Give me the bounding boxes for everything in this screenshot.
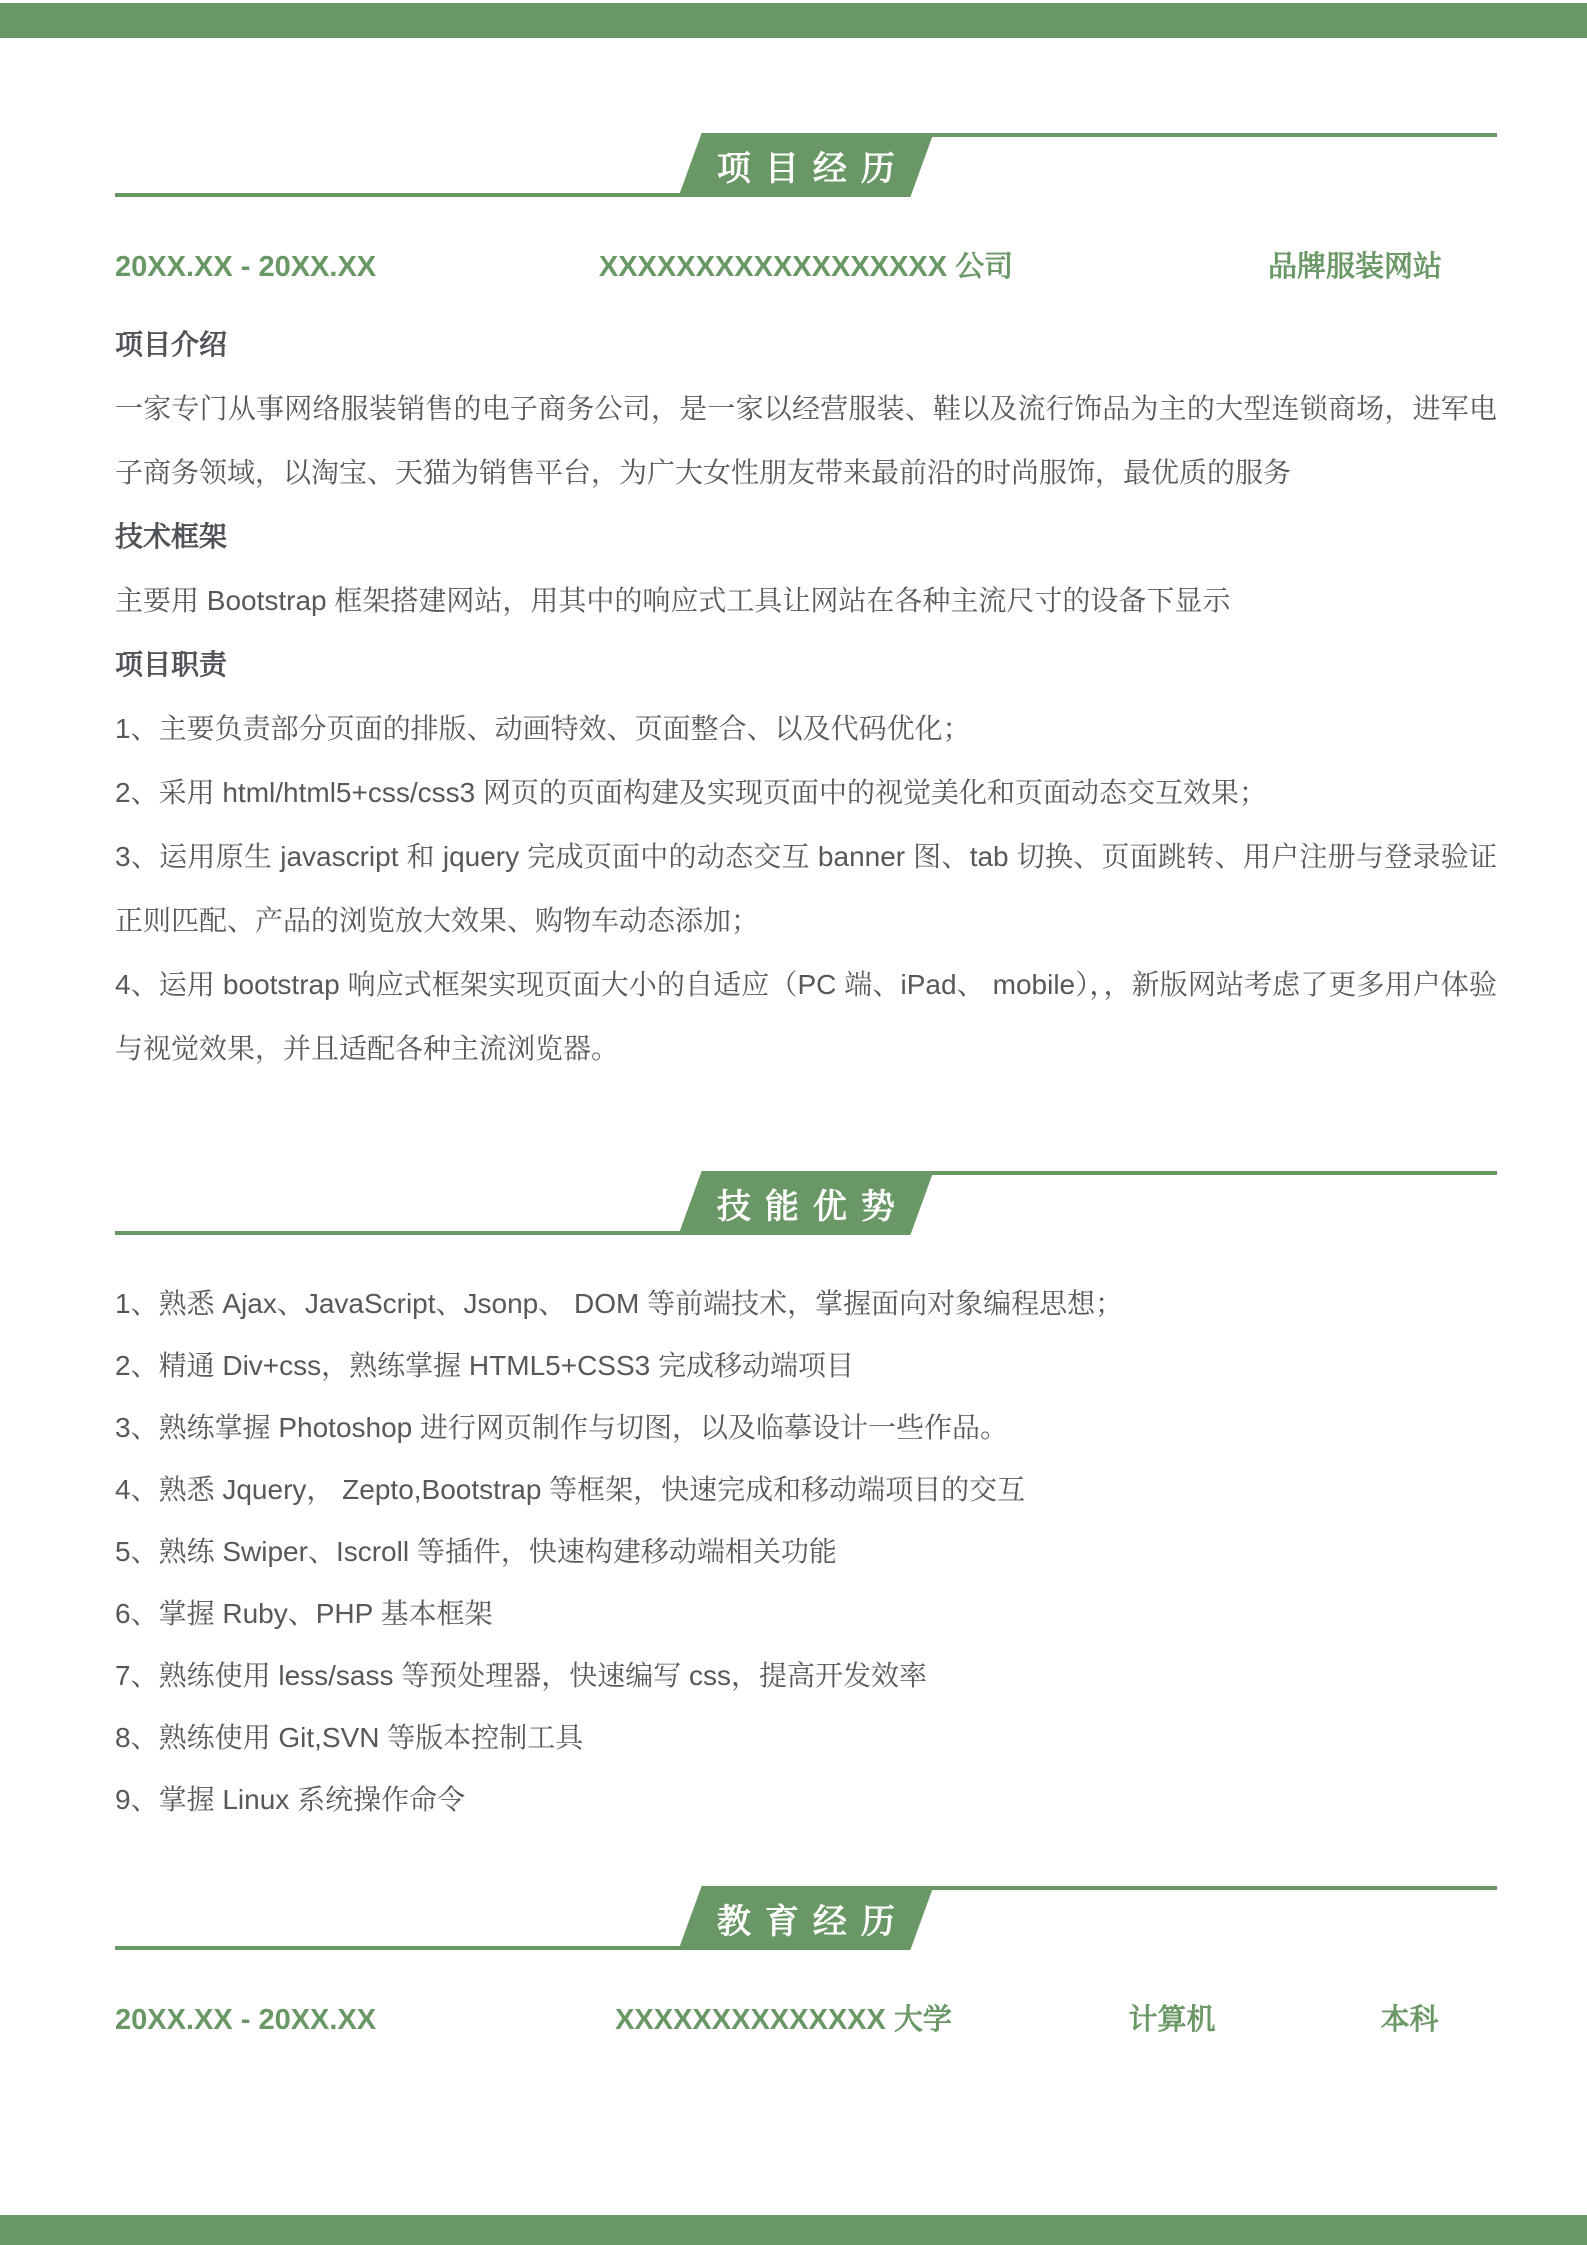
project-date-range: 20XX.XX - 20XX.XX: [115, 247, 545, 287]
header-rule-left: [115, 193, 684, 197]
section-header-education: 教育经历: [115, 1886, 1497, 1950]
project-intro-text: 一家专门从事网络服装销售的电子商务公司，是一家以经营服装、鞋以及流行饰品为主的大…: [115, 377, 1497, 505]
section-title-education: 教育经历: [703, 1894, 909, 1943]
responsibility-item: 3、运用原生 javascript 和 jquery 完成页面中的动态交互 ba…: [115, 825, 1497, 953]
responsibilities-heading: 项目职责: [115, 633, 1497, 697]
section-badge: 教育经历: [678, 1886, 933, 1950]
project-company: XXXXXXXXXXXXXXXXXX 公司: [545, 247, 1067, 287]
project-name: 品牌服装网站: [1067, 247, 1497, 287]
header-rule-right: [924, 1886, 1497, 1890]
education-date-range: 20XX.XX - 20XX.XX: [115, 2000, 545, 2040]
section-badge: 技能优势: [678, 1171, 933, 1235]
skill-item: 6、掌握 Ruby、PHP 基本框架: [115, 1583, 1497, 1645]
skill-item: 8、熟练使用 Git,SVN 等版本控制工具: [115, 1707, 1497, 1769]
section-header-project-experience: 项目经历: [115, 133, 1497, 197]
resume-page: 项目经历 20XX.XX - 20XX.XX XXXXXXXXXXXXXXXXX…: [0, 0, 1587, 2245]
skill-item: 1、熟悉 Ajax、JavaScript、Jsonp、 DOM 等前端技术，掌握…: [115, 1273, 1497, 1335]
section-header-skills: 技能优势: [115, 1171, 1497, 1235]
education-school: XXXXXXXXXXXXXX 大学: [545, 2000, 1022, 2040]
skill-item: 2、精通 Div+css，熟练掌握 HTML5+CSS3 完成移动端项目: [115, 1335, 1497, 1397]
project-detail-blocks: 项目介绍 一家专门从事网络服装销售的电子商务公司，是一家以经营服装、鞋以及流行饰…: [115, 313, 1497, 1081]
bottom-accent-bar: [0, 2215, 1587, 2245]
education-major: 计算机: [1022, 2000, 1322, 2040]
section-title-skills: 技能优势: [703, 1179, 909, 1228]
skill-item: 3、熟练掌握 Photoshop 进行网页制作与切图，以及临摹设计一些作品。: [115, 1397, 1497, 1459]
section-badge: 项目经历: [678, 133, 933, 197]
responsibility-item: 2、采用 html/html5+css/css3 网页的页面构建及实现页面中的视…: [115, 761, 1497, 825]
skill-item: 4、熟悉 Jquery， Zepto,Bootstrap 等框架，快速完成和移动…: [115, 1459, 1497, 1521]
responsibility-item: 1、主要负责部分页面的排版、动画特效、页面整合、以及代码优化；: [115, 697, 1497, 761]
section-title-project-experience: 项目经历: [703, 141, 909, 190]
tech-stack-text: 主要用 Bootstrap 框架搭建网站，用其中的响应式工具让网站在各种主流尺寸…: [115, 569, 1497, 633]
education-degree: 本科: [1322, 2000, 1497, 2040]
tech-stack-heading: 技术框架: [115, 505, 1497, 569]
education-meta-row: 20XX.XX - 20XX.XX XXXXXXXXXXXXXX 大学 计算机 …: [115, 2000, 1497, 2040]
project-intro-heading: 项目介绍: [115, 313, 1497, 377]
top-accent-bar: [0, 3, 1587, 38]
header-rule-right: [924, 1171, 1497, 1175]
header-rule-left: [115, 1946, 684, 1950]
project-meta-row: 20XX.XX - 20XX.XX XXXXXXXXXXXXXXXXXX 公司 …: [115, 247, 1497, 287]
skill-item: 7、熟练使用 less/sass 等预处理器，快速编写 css，提高开发效率: [115, 1645, 1497, 1707]
page-content: 项目经历 20XX.XX - 20XX.XX XXXXXXXXXXXXXXXXX…: [0, 38, 1587, 2040]
skill-item: 9、掌握 Linux 系统操作命令: [115, 1769, 1497, 1831]
skills-list: 1、熟悉 Ajax、JavaScript、Jsonp、 DOM 等前端技术，掌握…: [115, 1273, 1497, 1831]
header-rule-right: [924, 133, 1497, 137]
header-rule-left: [115, 1231, 684, 1235]
responsibility-item: 4、运用 bootstrap 响应式框架实现页面大小的自适应（PC 端、iPad…: [115, 953, 1497, 1081]
skill-item: 5、熟练 Swiper、Iscroll 等插件，快速构建移动端相关功能: [115, 1521, 1497, 1583]
